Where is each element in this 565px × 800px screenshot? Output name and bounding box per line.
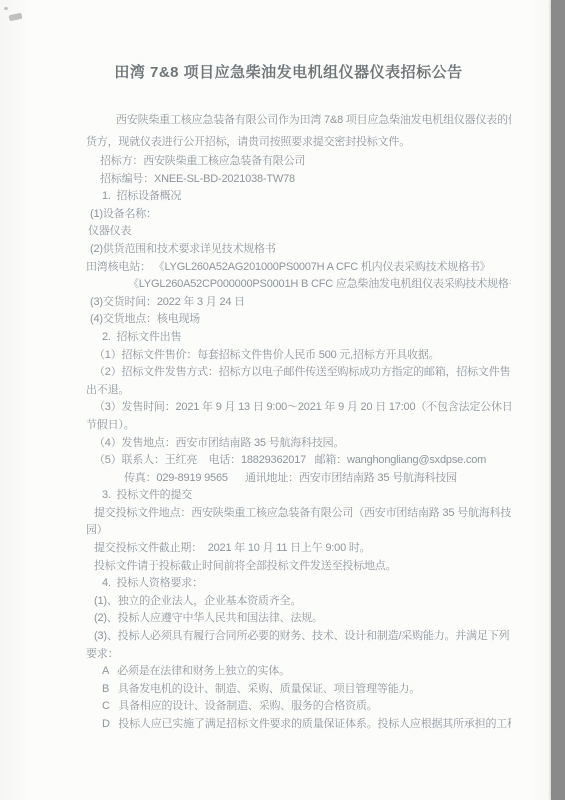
doc-line: 要求： — [86, 646, 511, 664]
doc-line: （3）发售时间：2021 年 9 月 13 日 9:00～2021 年 9 月 … — [86, 399, 511, 417]
doc-line: 节假日）。 — [86, 417, 511, 435]
doc-line: （1）招标文件售价：每套招标文件售价人民币 500 元,招标方开具收据。 — [86, 347, 511, 365]
doc-line: (4)交货地点：核电现场 — [86, 311, 511, 329]
doc-line: 1. 招标设备概况 — [86, 188, 511, 206]
doc-line: 田湾核电站： 《LYGL260A52AG201000PS0007H A CFC … — [86, 259, 511, 277]
doc-line: 货方，现就仪表进行公开招标，请贵司按照要求提交密封投标文件。 — [86, 131, 511, 153]
doc-line: D 投标人应已实施了满足招标文件要求的质量保证体系。投标人应根据其所承担的工程 — [86, 716, 511, 734]
doc-line: 4. 投标人资格要求： — [86, 575, 511, 593]
doc-line: （4）发售地点：西安市团结南路 35 号航海科技园。 — [86, 435, 511, 453]
doc-line: (2)供货范围和技术要求详见技术规格书 — [86, 241, 511, 259]
doc-line: 西安陕柴重工核应急装备有限公司作为田湾 7&8 项目应急柴油发电机组仪器仪表的供 — [86, 109, 511, 131]
tender-announcement-document: 田湾 7&8 项目应急柴油发电机组仪器仪表招标公告 西安陕柴重工核应急装备有限公… — [0, 0, 551, 800]
doc-line: B 具备发电机的设计、制造、采购、质量保证、项目管理等能力。 — [86, 681, 511, 699]
doc-line: 出不退。 — [86, 382, 511, 400]
doc-line: （5）联系人：王红亮 电话：18829362017 邮箱：wanghonglia… — [86, 452, 511, 470]
doc-line: C 具备相应的设计、设备制造、采购、服务的合格资质。 — [86, 698, 511, 716]
doc-line: 传真：029-8919 9565 通讯地址：西安市团结南路 35 号航海科技园 — [86, 470, 511, 488]
doc-line: (3)、投标人必须具有履行合同所必要的财务、技术、设计和制造/采购能力。并满足下… — [86, 628, 511, 646]
doc-line: 提交投标文件地点：西安陕柴重工核应急装备有限公司（西安市团结南路 35 号航海科… — [86, 505, 511, 523]
doc-line: (3)交货时间：2022 年 3 月 24 日 — [86, 294, 511, 312]
doc-line: A 必须是在法律和财务上独立的实体。 — [86, 663, 511, 681]
doc-line: （2）招标文件发售方式：招标方以电子邮件传送至购标成功方指定的邮箱，招标文件售 — [86, 364, 511, 382]
doc-line: 招标编号：XNEE-SL-BD-2021038-TW78 — [86, 171, 511, 189]
doc-line: 3. 投标文件的提交 — [86, 487, 511, 505]
doc-line: (1)设备名称： — [86, 206, 511, 224]
doc-line: 《LYGL260A52CP000000PS0001H B CFC 应急柴油发电机… — [86, 276, 511, 294]
doc-line: (2)、投标人应遵守中华人民共和国法律、法规。 — [86, 610, 511, 628]
doc-line: 园） — [86, 522, 511, 540]
doc-line: 提交投标文件截止期： 2021 年 10 月 11 日上午 9:00 时。 — [86, 540, 511, 558]
doc-line: 投标文件请于投标截止时间前将全部投标文件发送至投标地点。 — [86, 558, 511, 576]
scan-edge-band — [551, 0, 565, 800]
doc-line: 仪器仪表 — [86, 223, 511, 241]
doc-line: 招标方：西安陕柴重工核应急装备有限公司 — [86, 153, 511, 171]
document-title: 田湾 7&8 项目应急柴油发电机组仪器仪表招标公告 — [66, 62, 511, 84]
doc-line: (1)、独立的企业法人，企业基本资质齐全。 — [86, 593, 511, 611]
doc-line: 2. 招标文件出售 — [86, 329, 511, 347]
document-lines: 西安陕柴重工核应急装备有限公司作为田湾 7&8 项目应急柴油发电机组仪器仪表的供… — [86, 109, 511, 734]
